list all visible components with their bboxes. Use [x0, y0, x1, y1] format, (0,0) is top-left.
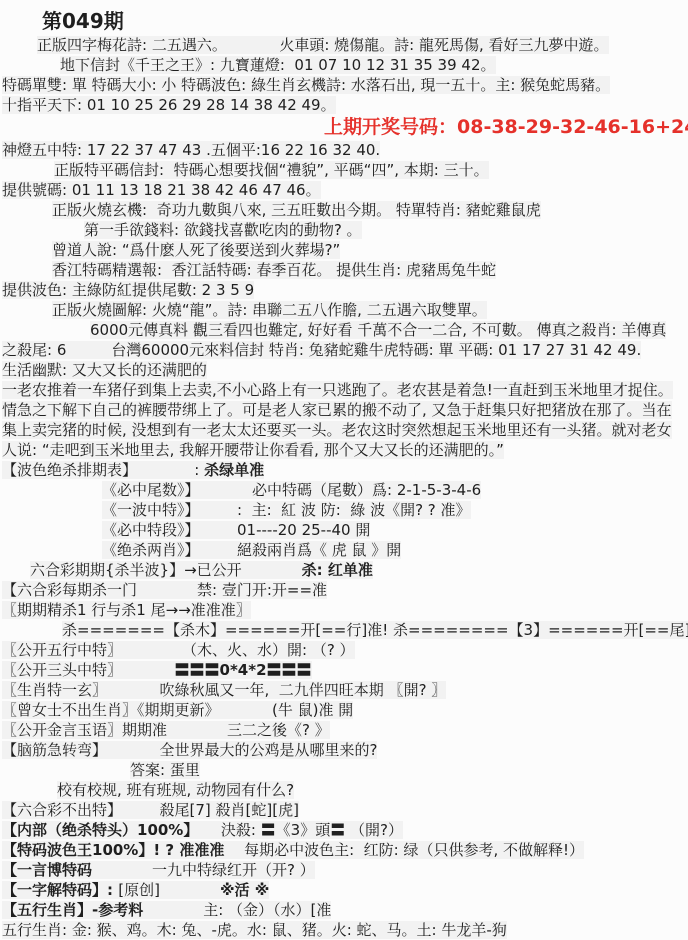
golden-words-line: 〖公开金言玉语〗期期准 三二之後《? 》: [2, 720, 686, 740]
text-segment: 【六合彩每期杀一门 禁: 壹门开:开==准: [2, 581, 327, 599]
last-draw-numbers: 08-38-29-32-46-16+24: [457, 116, 688, 138]
text-segment: 答案: 蛋里: [130, 761, 200, 779]
flat-code-letter-line: 正版特平碼信封: 特碼心想要找個“禮貌”, 平碼“四”, 本期: 三十。: [2, 160, 686, 180]
last-draw-label: 上期开奖号码：: [324, 116, 457, 138]
madam-zeng-line: 〖曾女士不出生肖〗《期期更新》 (牛 鼠)准 開: [2, 700, 686, 720]
text-segment: 正版火燒圖解: 火燒“龍”。詩: 串聯二五八作膽, 二五遇六取雙單。: [52, 301, 487, 319]
magic-lamp-line: 神燈五中特: 17 22 37 47 43 .五個平:16 22 16 32 4…: [2, 140, 686, 160]
text-segment: 提供波色: 主綠防紅提供尾數: 2 3 5 9: [2, 281, 254, 299]
text-segment: ※活 ※: [220, 881, 269, 899]
brain-teaser-answer-line: 答案: 蛋里: [2, 760, 686, 780]
text-segment: 地下信封《千王之王》: 九寶蓮燈: 01 07 10 12 31 35 39 4…: [60, 56, 496, 74]
text-segment: 生活幽默: 又大又长的还满肥的: [2, 361, 207, 379]
text-segment: 杀绿单准: [204, 461, 264, 479]
half-wave-kill-line: 六合彩期期{杀半波}】→已公开 杀: 红单准: [2, 560, 686, 580]
text-segment: 〓〓〓0*4*2〓〓〓: [175, 661, 312, 679]
text-segment: 【脑筋急转弯】 全世界最大的公鸡是从哪里来的?: [2, 741, 377, 759]
issue-number: 第049期: [42, 9, 124, 33]
text-segment: 【一字解特码】:: [2, 881, 118, 899]
text-segment: 杀: 红单准: [302, 561, 373, 579]
internal-kill-head-line: 【内部（绝杀特头）100%】 決殺: 〓《3》頭〓 （開?）: [2, 820, 686, 840]
one-phrase-bet-line: 【一言博特码 一九中特绿红开（开? ）: [2, 860, 686, 880]
text-segment: 正版四字梅花詩: 二五遇六。 火車頭: 燒傷龍。詩: 龍死馬傷, 看好三九夢中遊…: [37, 36, 609, 54]
five-elements-open-line: 〖公开五行中特〗 （木、火、水）開: （? ）: [2, 640, 686, 660]
must-hit-segment-line: 《必中特段》】 01----20 25--40 開: [2, 520, 686, 540]
text-segment: 五行生肖: 金: 猴、鸡。木: 兔、-虎。水: 鼠、猪。火: 蛇、马。土: 牛龙…: [2, 921, 507, 939]
humor-story-line-2: 情急之下解下自己的裤腰带绑上了。可是老人家已累的搬不动了, 又急于赶集只好把猪放…: [2, 400, 686, 420]
one-wave-special-line: 《一波中特》】 : 主: 紅 波 防: 綠 波《開? ? 准》: [2, 500, 686, 520]
text-segment: [原创]: [118, 881, 160, 899]
money-zodiac-line: 第一手欲錢料: 欲錢找喜歡吃肉的動物? 。: [2, 220, 686, 240]
text-segment: [160, 881, 220, 899]
text-segment: 情急之下解下自己的裤腰带绑上了。可是老人家已累的搬不动了, 又急于赶集只好把猪放…: [2, 401, 672, 419]
text-segment: 【五行生肖】-参考料: [2, 901, 143, 919]
life-humor-title-line: 生活幽默: 又大又长的还满肥的: [2, 360, 686, 380]
text-segment: 集上卖完猪的时候, 没想到有一老太太还要买一头。老农这时突然想起玉米地里还有一头…: [2, 421, 672, 439]
fax-6000-line: 6000元傳真料 觀三看四也難定, 好好看 千萬不合一二合, 不可數。 傳真之殺…: [2, 320, 686, 340]
text-segment: 決殺: 〓《3》頭〓 （開?）: [191, 821, 403, 839]
document-page: 第049期正版四字梅花詩: 二五遇六。 火車頭: 燒傷龍。詩: 龍死馬傷, 看好…: [0, 0, 688, 940]
text-segment: 香江特碼精選報: 香江話特碼: 春季百花。 提供生肖: 虎豬馬兔牛蛇: [52, 261, 496, 279]
zengdaoren-line: 曾道人說: “爲什麽人死了後要送到火葬場?”: [2, 240, 686, 260]
precise-kill-line: 〖期期精杀1 行与杀1 尾→→准准准〗: [2, 600, 686, 620]
must-hit-tails-line: 《必中尾数》】 必中特碼（尾數）爲: 2-1-5-3-4-6: [2, 480, 686, 500]
text-segment: 特碼單雙: 單 特碼大小: 小 特碼波色: 綠生肖玄機詩: 水落石出, 現一五十…: [2, 76, 610, 94]
text-segment: 《一波中特》】 : 主: 紅 波 防: 綠 波《開? ? 准》: [102, 501, 471, 519]
text-segment: 〖曾女士不出生肖〗《期期更新》 (牛 鼠)准 開: [2, 701, 353, 719]
special-code-attrs-line: 特碼單雙: 單 特碼大小: 小 特碼波色: 綠生肖玄機詩: 水落石出, 現一五十…: [2, 75, 686, 95]
text-segment: 6000元傳真料 觀三看四也難定, 好好看 千萬不合一二合, 不可數。 傳真之殺…: [90, 321, 666, 339]
xiangjiang-line: 香江特碼精選報: 香江話特碼: 春季百花。 提供生肖: 虎豬馬兔牛蛇: [2, 260, 686, 280]
text-segment: 十指平天下: 01 10 25 26 29 28 14 38 42 49。: [2, 96, 336, 114]
wave-kill-table-line: 【波色绝杀排期表】 : 杀绿单准: [2, 460, 686, 480]
text-segment: 〖公开五行中特〗 （木、火、水）開: （? ）: [2, 641, 355, 659]
text-segment: 【内部（绝杀特头）100%】: [2, 821, 191, 839]
text-segment: 【波色绝杀排期表】 :: [2, 461, 204, 479]
brain-teaser-line: 【脑筋急转弯】 全世界最大的公鸡是从哪里来的?: [2, 740, 686, 760]
text-segment: 第一手欲錢料: 欲錢找喜歡吃肉的動物? 。: [84, 221, 362, 239]
humor-story-line-3: 集上卖完猪的时候, 没想到有一老太太还要买一头。老农这时突然想起玉米地里还有一头…: [2, 420, 686, 440]
five-element-zodiac-header-line: 【五行生肖】-参考料 主: （金）（水）[准: [2, 900, 686, 920]
text-segment: 校有校规, 班有班规, 动物园有什么?: [57, 781, 294, 799]
text-segment: 杀=======【杀木】======开[==行]准! 杀========【3】=…: [62, 621, 688, 639]
text-segment: 《必中尾数》】 必中特碼（尾數）爲: 2-1-5-3-4-6: [102, 481, 481, 499]
fire-diagram-line: 正版火燒圖解: 火燒“龍”。詩: 串聯二五八作膽, 二五遇六取雙單。: [2, 300, 686, 320]
text-segment: 〖期期精杀1 行与杀1 尾→→准准准〗: [2, 601, 251, 619]
text-segment: 主: （金）（水）[准: [143, 901, 331, 919]
humor-story-line-1: 一老农推着一车猪仔到集上去卖,不小心路上有一只逃跑了。老农甚是着急!一直赶到玉米…: [2, 380, 686, 400]
text-segment: 一老农推着一车猪仔到集上去卖,不小心路上有一只逃跑了。老农甚是着急!一直赶到玉米…: [2, 381, 673, 399]
no-special-line: 【六合彩不出特】 殺尾[7] 殺肖[蛇][虎]: [2, 800, 686, 820]
last-draw-line: 上期开奖号码：08-38-29-32-46-16+24: [2, 115, 686, 140]
kill-one-gate-line: 【六合彩每期杀一门 禁: 壹门开:开==准: [2, 580, 686, 600]
text-segment: 【特码波色王100%】! ? 准准准: [2, 841, 224, 859]
provided-numbers-line: 提供號碼: 01 11 13 18 21 38 42 46 47 46。: [2, 180, 686, 200]
text-segment: 每期必中波色主: 红防: 绿（只供参考, 不做解释!）: [224, 841, 584, 859]
school-rules-line: 校有校规, 班有班规, 动物园有什么?: [2, 780, 686, 800]
text-segment: 正版特平碼信封: 特碼心想要找個“禮貌”, 平碼“四”, 本期: 三十。: [54, 161, 489, 179]
text-segment: 曾道人說: “爲什麽人死了後要送到火葬場?”: [52, 241, 340, 259]
zodiac-mystery-line: 〖生肖特一玄〗 吹綠秋風又一年, 二九伴四旺本期 〖開? 〗: [2, 680, 686, 700]
kill-two-zodiac-line: 《绝杀两肖》】 絕殺兩肖爲《 虎 鼠 》開: [2, 540, 686, 560]
one-word-solve-line: 【一字解特码】: [原创] ※活 ※: [2, 880, 686, 900]
text-segment: 〖公开金言玉语〗期期准 三二之後《? 》: [2, 721, 330, 739]
text-segment: 〖公开三头中特〗: [2, 661, 175, 679]
kill-sequence-line: 杀=======【杀木】======开[==行]准! 杀========【3】=…: [2, 620, 686, 640]
taiwan-60000-line: 之殺尾: 6 台灣60000元來料信封 特肖: 兔豬蛇雞牛虎特碼: 單 平碼: …: [2, 340, 686, 360]
text-segment: 《必中特段》】 01----20 25--40 開: [102, 521, 370, 539]
humor-story-line-4: 人说: “走吧到玉米地里去, 我解开腰带让你看看, 那个又大又长的还满肥的。”: [2, 440, 686, 460]
wave-color-tails-line: 提供波色: 主綠防紅提供尾數: 2 3 5 9: [2, 280, 686, 300]
text-segment: 六合彩期期{杀半波}】→已公开: [30, 561, 302, 579]
text-segment: 之殺尾: 6 台灣60000元來料信封 特肖: 兔豬蛇雞牛虎特碼: 單 平碼: …: [2, 341, 641, 359]
ten-fingers-line: 十指平天下: 01 10 25 26 29 28 14 38 42 49。: [2, 95, 686, 115]
text-segment: 〖生肖特一玄〗 吹綠秋風又一年, 二九伴四旺本期 〖開? 〗: [2, 681, 446, 699]
plum-poem-line: 正版四字梅花詩: 二五遇六。 火車頭: 燒傷龍。詩: 龍死馬傷, 看好三九夢中遊…: [2, 35, 686, 55]
text-segment: 神燈五中特: 17 22 37 47 43 .五個平:16 22 16 32 4…: [2, 141, 380, 159]
underground-letter-line: 地下信封《千王之王》: 九寶蓮燈: 01 07 10 12 31 35 39 4…: [2, 55, 686, 75]
text-segment: 正版火燒玄機: 奇功九數與八來, 三五旺數出今期。 特單特肖: 豬蛇雞鼠虎: [52, 201, 541, 219]
fire-mystery-line: 正版火燒玄機: 奇功九數與八來, 三五旺數出今期。 特單特肖: 豬蛇雞鼠虎: [2, 200, 686, 220]
text-segment: 《绝杀两肖》】 絕殺兩肖爲《 虎 鼠 》開: [102, 541, 401, 559]
text-segment: 一九中特绿红开（开? ）: [92, 861, 315, 879]
text-segment: 【六合彩不出特】 殺尾[7] 殺肖[蛇][虎]: [2, 801, 299, 819]
text-segment: 提供號碼: 01 11 13 18 21 38 42 46 47 46。: [2, 181, 321, 199]
three-heads-open-line: 〖公开三头中特〗 〓〓〓0*4*2〓〓〓: [2, 660, 686, 680]
text-segment: 【一言博特码: [2, 861, 92, 879]
wave-color-king-line: 【特码波色王100%】! ? 准准准 每期必中波色主: 红防: 绿（只供参考, …: [2, 840, 686, 860]
issue-header: 第049期: [2, 8, 686, 35]
text-segment: 人说: “走吧到玉米地里去, 我解开腰带让你看看, 那个又大又长的还满肥的。”: [2, 441, 504, 459]
five-element-zodiac-detail-line: 五行生肖: 金: 猴、鸡。木: 兔、-虎。水: 鼠、猪。火: 蛇、马。土: 牛龙…: [2, 920, 686, 940]
